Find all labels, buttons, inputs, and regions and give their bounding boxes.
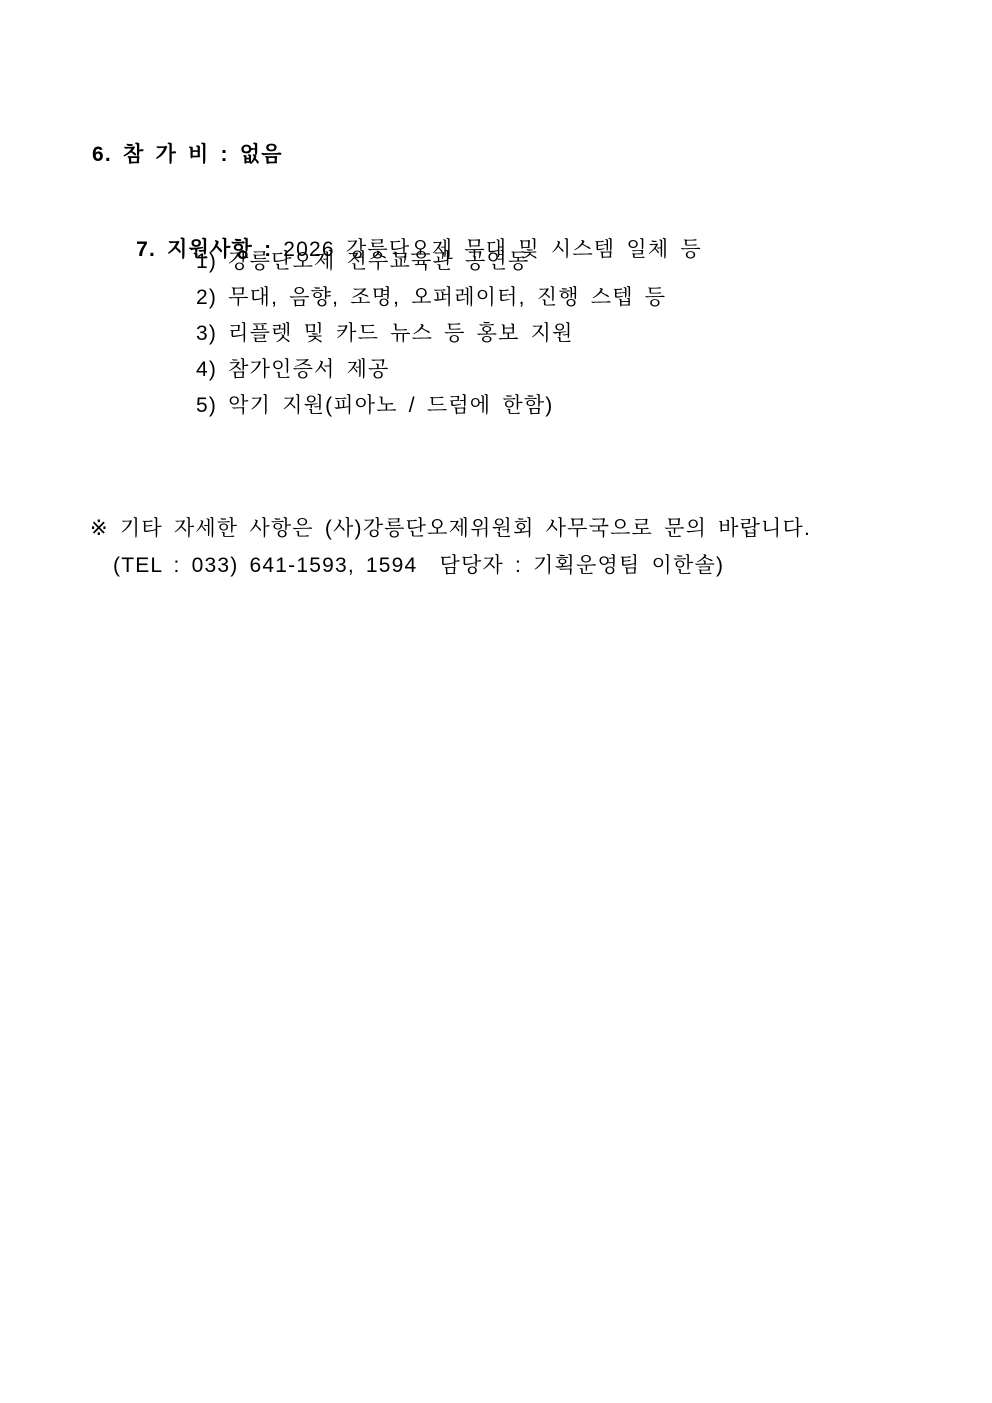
footer-note-telephone: (TEL : 033) 641-1593, 1594 담당자 : 기획운영팀 이…: [113, 554, 724, 578]
document-page: 6. 참 가 비 : 없음 7. 지원사항 : 2026 강릉단오제 무대 및 …: [0, 0, 992, 1403]
item6-participation-fee: 6. 참 가 비 : 없음: [92, 143, 283, 167]
footer-note-contact: ※ 기타 자세한 사항은 (사)강릉단오제위원회 사무국으로 문의 바랍니다.: [90, 517, 811, 541]
item7-sub-item-1: 1) 강릉단오제 전수교육관 공연동: [196, 250, 530, 274]
item7-sub-item-4: 4) 참가인증서 제공: [196, 358, 390, 382]
item7-sub-item-5: 5) 악기 지원(피아노 / 드럼에 한함): [196, 394, 554, 418]
item7-sub-item-3: 3) 리플렛 및 카드 뉴스 등 홍보 지원: [196, 322, 574, 346]
item7-sub-item-2: 2) 무대, 음향, 조명, 오퍼레이터, 진행 스텝 등: [196, 286, 666, 310]
